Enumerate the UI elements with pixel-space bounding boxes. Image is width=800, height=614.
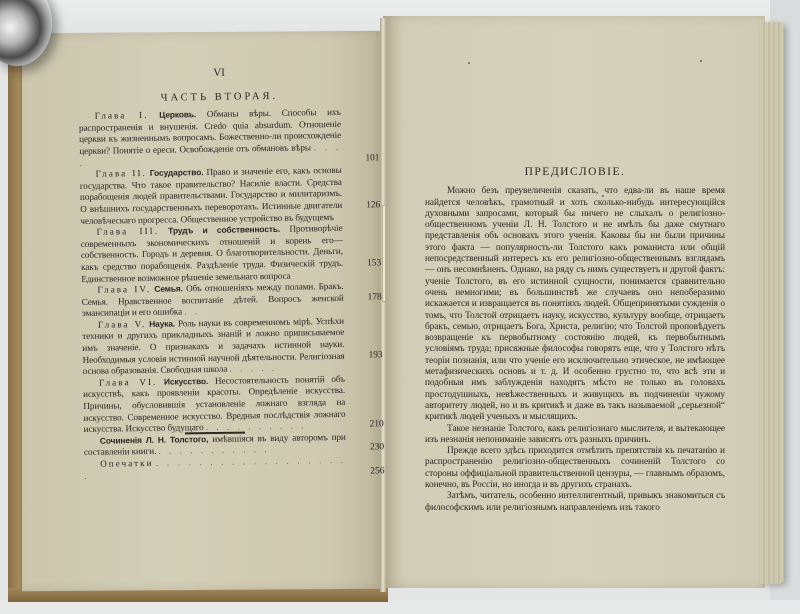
preface-title: ПРЕДИСЛОВІЕ. xyxy=(425,167,725,178)
chapter-label: Глава I. xyxy=(95,110,149,121)
leader-dots: . . . . . . . . . . xyxy=(206,421,307,433)
errata-page: 256 xyxy=(354,466,384,478)
leader-dots: . . . . . . . . . . . xyxy=(158,444,269,456)
preface-paragraph: Затѣмъ, читатель, особенно интеллигентны… xyxy=(425,491,725,514)
chapter-page: 126 xyxy=(350,200,380,212)
page-block-edge xyxy=(760,22,784,584)
preface-paragraph: Такое незнаніе Толстого, какъ религіозна… xyxy=(425,424,725,447)
chapter-name: Наука. xyxy=(149,318,175,328)
chapter-name: Семья. xyxy=(154,283,183,293)
preface-paragraph: Прежде всего здѣсь приходится отмѣтить п… xyxy=(425,446,725,491)
toc-entry-state: Глава II. Государство. Право и значеніе … xyxy=(80,165,343,227)
paper-speck xyxy=(468,62,470,64)
appendix-page: 230 xyxy=(354,443,384,455)
paper-speck xyxy=(700,60,702,62)
background-surface-bottom xyxy=(0,600,800,614)
chapter-label: Глава IV. xyxy=(97,284,151,295)
preface-paragraph: Можно безъ преувеличенія сказать, что ед… xyxy=(425,186,725,423)
appendix-name: Сочиненія Л. Н. Толстого, xyxy=(100,434,209,446)
chapter-name: Трудъ и собственность. xyxy=(168,224,280,236)
table-of-contents: VI ЧАСТЬ ВТОРАЯ. Глава I. Церковь. Обман… xyxy=(78,66,346,482)
chapter-label: Глава III. xyxy=(96,226,159,237)
page-number-roman: VI xyxy=(98,66,340,81)
chapter-page: 101 xyxy=(349,153,379,165)
chapter-label: Глава VI. xyxy=(99,377,158,388)
chapter-name: Государство. xyxy=(150,167,204,178)
errata-label: Опечатки xyxy=(100,458,153,469)
part-title: ЧАСТЬ ВТОРАЯ. xyxy=(98,89,340,104)
book-gutter xyxy=(380,18,386,592)
leader-dots: . . . . . xyxy=(229,363,277,374)
toc-entry-science: Глава V. Наука. Роль науки въ современно… xyxy=(82,316,345,378)
toc-entry-church: Глава I. Церковь. Обманы вѣры. Способы и… xyxy=(79,107,342,169)
toc-entry-labor: Глава III. Трудъ и собственность. Против… xyxy=(80,223,343,285)
chapter-label: Глава II. xyxy=(96,168,147,179)
toc-entry-family: Глава IV. Семья. Объ отношеніяхъ между п… xyxy=(81,281,344,320)
toc-entry-art: Глава VI. Искусство. Несостоятельность п… xyxy=(83,374,346,436)
binding-thread xyxy=(382,205,386,302)
chapter-page: 153 xyxy=(351,258,381,270)
paper-speck xyxy=(602,195,604,197)
chapter-page: 193 xyxy=(352,351,382,363)
toc-entry-errata: Опечатки . . . . . . . . . . . . . . . .… xyxy=(84,455,346,482)
chapter-page: 178 xyxy=(352,293,382,305)
chapter-label: Глава V. xyxy=(98,319,146,330)
preface: ПРЕДИСЛОВІЕ. Можно безъ преувеличенія ск… xyxy=(425,167,725,514)
photo-scene: VI ЧАСТЬ ВТОРАЯ. Глава I. Церковь. Обман… xyxy=(0,0,800,614)
chapter-name: Искусство. xyxy=(164,376,208,387)
leader-dots: . . xyxy=(184,306,200,316)
chapter-page: 210 xyxy=(354,419,384,431)
chapter-name: Церковь. xyxy=(159,109,196,120)
